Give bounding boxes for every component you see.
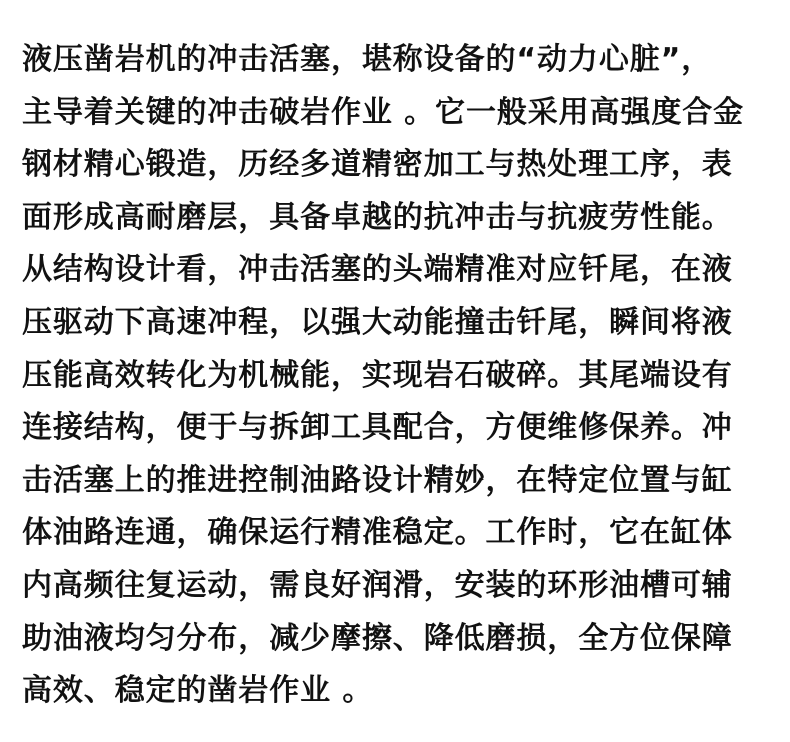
text-line: 击活塞上的推进控制油路设计精妙，在特定位置与缸 (22, 458, 782, 511)
text-line: 体油路连通，确保运行精准稳定。工作时，它在缸体 (22, 510, 782, 563)
text-line: 钢材精心锻造，历经多道精密加工与热处理工序，表 (22, 142, 782, 195)
text-line: 压驱动下高速冲程，以强大动能撞击钎尾，瞬间将液 (22, 300, 782, 353)
text-line: 主导着关键的冲击破岩作业 。它一般采用高强度合金 (22, 90, 782, 143)
text-line: 压能高效转化为机械能，实现岩石破碎。其尾端设有 (22, 353, 782, 406)
text-line: 连接结构，便于与拆卸工具配合，方便维修保养。冲 (22, 405, 782, 458)
text-line: 助油液均匀分布，减少摩擦、降低磨损，全方位保障 (22, 616, 782, 669)
text-line: 内高频往复运动，需良好润滑，安装的环形油槽可辅 (22, 563, 782, 616)
text-line: 从结构设计看，冲击活塞的头端精准对应钎尾，在液 (22, 247, 782, 300)
text-line: 面形成高耐磨层，具备卓越的抗冲击与抗疲劳性能。 (22, 195, 782, 248)
text-line: 液压凿岩机的冲击活塞，堪称设备的“动力心脏”， (22, 37, 782, 90)
text-line: 高效、稳定的凿岩作业 。 (22, 668, 782, 721)
article-body: 液压凿岩机的冲击活塞，堪称设备的“动力心脏”， 主导着关键的冲击破岩作业 。它一… (22, 37, 782, 721)
